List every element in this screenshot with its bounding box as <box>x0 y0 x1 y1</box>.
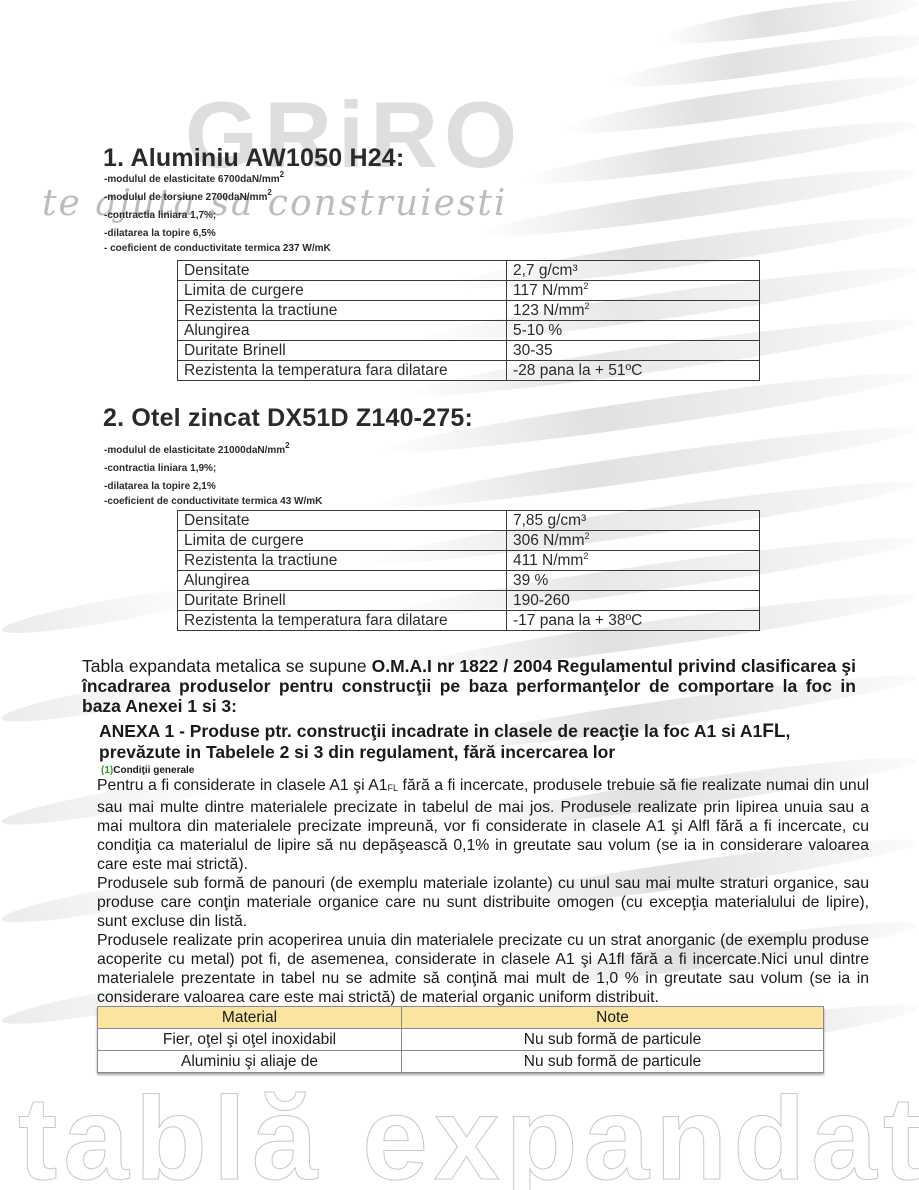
property-line: -dilatarea la topire 2,1% <box>104 478 322 496</box>
table-row: Densitate2,7 g/cm³ <box>178 261 760 281</box>
section2-properties: -modulul de elasticitate 21000daN/mm2 -c… <box>104 442 322 508</box>
conditions-heading: (1)Condiţii generale <box>101 765 194 776</box>
property-line: -dilatarea la topire 6,5% <box>104 225 331 243</box>
property-line: -modulul de elasticitate 21000daN/mm2 <box>104 442 322 460</box>
property-line: -coeficient de conductivitate termica 43… <box>104 496 322 508</box>
table-header-row: Material Note <box>98 1007 824 1029</box>
table-row: Densitate7,85 g/cm³ <box>178 511 760 531</box>
paragraph: Produsele sub formă de panouri (de exemp… <box>97 874 869 931</box>
section2-title: 2. Otel zincat DX51D Z140-275: <box>103 404 473 433</box>
section1-properties-table: Densitate2,7 g/cm³ Limita de curgere117 … <box>177 260 760 381</box>
table-row: Rezistenta la tractiune411 N/mm2 <box>178 551 760 571</box>
paragraph: Pentru a fi considerate in clasele A1 şi… <box>97 776 869 874</box>
table-row: Aluminiu şi aliaje de Nu sub formă de pa… <box>98 1051 824 1073</box>
table-row: Duritate Brinell30-35 <box>178 341 760 361</box>
property-line: -contractia liniara 1,7%; <box>104 207 331 225</box>
section1-properties: -modulul de elasticitate 6700daN/mm2 -mo… <box>104 171 331 255</box>
table-row: Alungirea5-10 % <box>178 321 760 341</box>
footer-watermark: tablă expandată <box>18 1080 919 1190</box>
table-row: Rezistenta la temperatura fara dilatare-… <box>178 361 760 381</box>
section1-title: 1. Aluminiu AW1050 H24: <box>103 144 404 173</box>
section2-properties-table: Densitate7,85 g/cm³ Limita de curgere306… <box>177 510 760 631</box>
materials-table: Material Note Fier, oţel şi oţel inoxida… <box>97 1006 824 1073</box>
column-header-material: Material <box>98 1007 402 1029</box>
table-row: Duritate Brinell190-260 <box>178 591 760 611</box>
column-header-note: Note <box>402 1007 824 1029</box>
conditions-body: Pentru a fi considerate in clasele A1 şi… <box>97 776 869 1007</box>
table-row: Limita de curgere306 N/mm2 <box>178 531 760 551</box>
property-line: -modulul de torsiune 2700daN/mm2 <box>104 189 331 207</box>
table-row: Rezistenta la temperatura fara dilatare-… <box>178 611 760 631</box>
table-row: Fier, oţel şi oţel inoxidabil Nu sub for… <box>98 1029 824 1051</box>
table-row: Rezistenta la tractiune123 N/mm2 <box>178 301 760 321</box>
property-line: - coeficient de conductivitate termica 2… <box>104 243 331 255</box>
property-line: -modulul de elasticitate 6700daN/mm2 <box>104 171 331 189</box>
table-row: Limita de curgere117 N/mm2 <box>178 281 760 301</box>
regulation-intro: Tabla expandata metalica se supune O.M.A… <box>82 656 856 716</box>
property-line: -contractia liniara 1,9%; <box>104 460 322 478</box>
anexa-heading: ANEXA 1 - Produse ptr. construcţii incad… <box>99 721 873 762</box>
paragraph: Produsele realizate prin acoperirea unui… <box>97 931 869 1007</box>
table-row: Alungirea39 % <box>178 571 760 591</box>
